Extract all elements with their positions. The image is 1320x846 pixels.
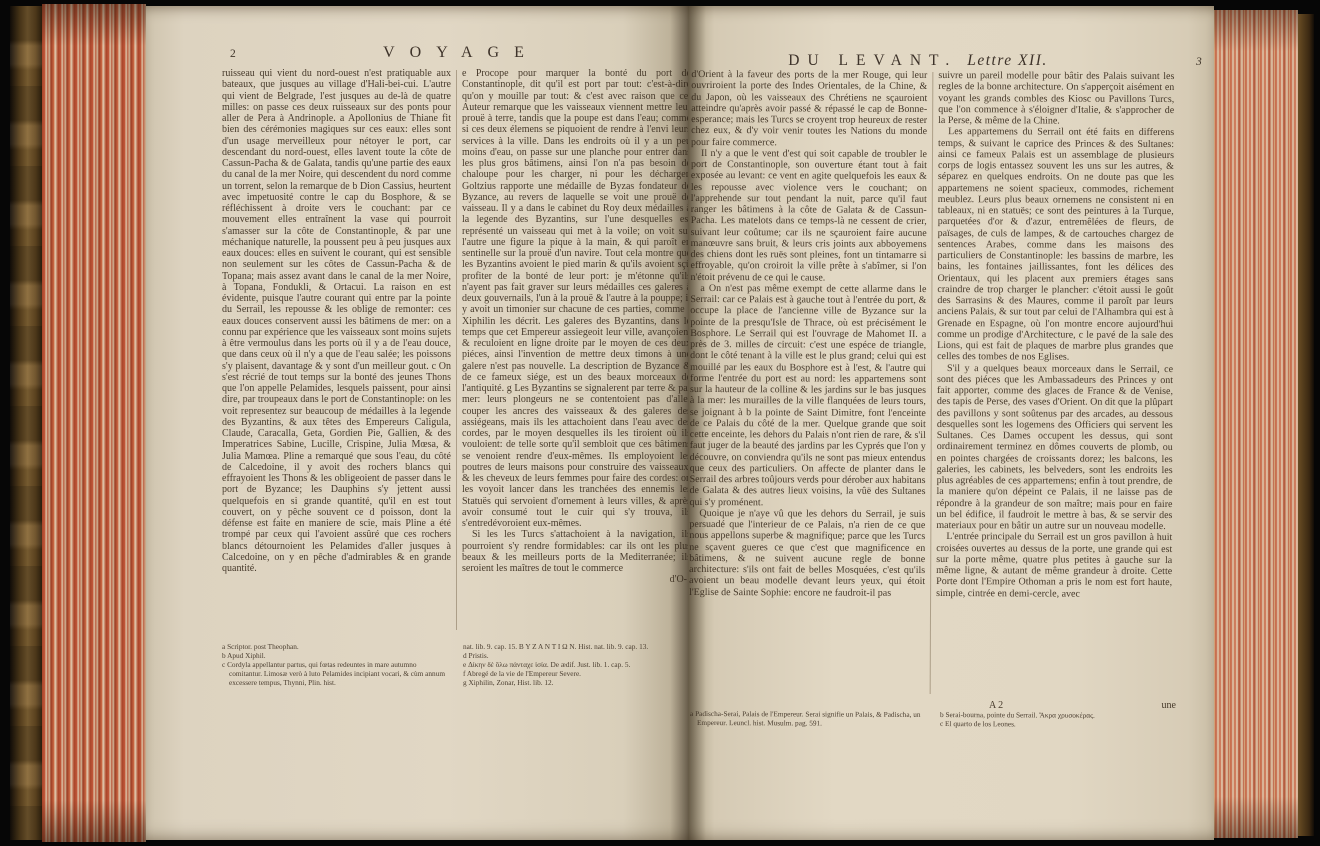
footnote: d Pristis. xyxy=(463,651,692,660)
left-page-text-block: ruisseau qui vient du nord-ouest n'est p… xyxy=(222,68,692,636)
catchword: une xyxy=(1162,700,1176,711)
left-running-title: VOYAGE xyxy=(236,44,686,62)
paragraph: Quoique je n'aye vû que les dehors du Se… xyxy=(689,508,925,599)
paragraph: L'entrée principale du Serrail est un gr… xyxy=(936,531,1172,600)
footnote: e Δίκην δὲ ὅλω πάνταχε ἱσία. De ædif. Ju… xyxy=(463,660,692,669)
right-page-column-2: suivre un pareil modelle pour bâtir des … xyxy=(936,70,1175,701)
right-page-number: 3 xyxy=(1196,56,1202,68)
left-page-number: 2 xyxy=(230,48,236,60)
paragraph: Il n'y a que le vent d'est qui soit capa… xyxy=(690,148,927,284)
right-cover-edge xyxy=(1298,14,1314,836)
right-running-title-main: DU LEVANT. xyxy=(788,52,957,69)
paragraph: Les appartemens du Serrail ont été faits… xyxy=(937,126,1174,363)
right-page-footnotes: a Padischa-Serai, Palais de l'Empereur. … xyxy=(690,709,1176,729)
left-page-column-2: e Procope pour marquer la bonté du port … xyxy=(462,68,691,636)
right-page: DU LEVANT.Lettre XII. 3 d'Orient à la fa… xyxy=(688,6,1214,840)
footnote: nat. lib. 9. cap. 15. Β Υ Ζ Α Ν Τ Ι Ω Ν.… xyxy=(463,642,692,651)
book-photo: 2 VOYAGE ruisseau qui vient du nord-oues… xyxy=(0,0,1320,846)
paragraph: d'Orient à la faveur des ports de la mer… xyxy=(691,69,927,149)
right-page-text-block: d'Orient à la faveur des ports de la mer… xyxy=(689,69,1178,701)
paragraph: S'il y a quelques beaux morceaux dans le… xyxy=(936,363,1173,533)
footnote-column-2: b Serai-bourna, pointe du Serrail. Ἄκρα … xyxy=(940,710,1176,729)
left-page-column-1: ruisseau qui vient du nord-ouest n'est p… xyxy=(222,68,451,636)
paragraph: suivre un pareil modelle pour bâtir des … xyxy=(938,70,1174,127)
catchword: d'O- xyxy=(462,574,691,585)
paragraph: a On n'est pas même exempt de cette alla… xyxy=(689,283,926,509)
footnote-column-2: nat. lib. 9. cap. 15. Β Υ Ζ Α Ν Τ Ι Ω Ν.… xyxy=(463,642,692,687)
paragraph: Si les les Turcs s'attachoient à la navi… xyxy=(462,529,691,574)
footnote: g Xiphilin, Zonar, Hist. lib. 12. xyxy=(463,678,692,687)
left-fore-edge-pages xyxy=(42,4,146,842)
right-page-column-1: d'Orient à la faveur des ports de la mer… xyxy=(689,69,928,700)
left-page: 2 VOYAGE ruisseau qui vient du nord-oues… xyxy=(146,6,688,840)
footnote: c Cordyla appellantur partus, qui fœtas … xyxy=(222,660,451,687)
paragraph: e Procope pour marquer la bonté du port … xyxy=(462,68,691,529)
footnote: b Apud Xiphil. xyxy=(222,651,451,660)
footnote: a Padischa-Serai, Palais de l'Empereur. … xyxy=(690,709,926,728)
column-divider-rule xyxy=(930,72,934,694)
footnote-column-1: a Padischa-Serai, Palais de l'Empereur. … xyxy=(690,709,926,728)
footnote: c El quarto de los Leones. xyxy=(940,719,1176,729)
paragraph: ruisseau qui vient du nord-ouest n'est p… xyxy=(222,68,451,574)
right-running-title-letter: Lettre XII. xyxy=(967,52,1048,69)
footnote: f Abregé de la vie de l'Empereur Severe. xyxy=(463,669,692,678)
left-page-footnotes: a Scriptor. post Theophan. b Apud Xiphil… xyxy=(222,642,692,687)
left-cover-edge xyxy=(10,6,42,840)
footnote-column-1: a Scriptor. post Theophan. b Apud Xiphil… xyxy=(222,642,451,687)
right-running-title: DU LEVANT.Lettre XII. xyxy=(698,52,1138,70)
column-divider-rule xyxy=(456,70,457,630)
footnote: a Scriptor. post Theophan. xyxy=(222,642,451,651)
right-fore-edge-pages xyxy=(1214,10,1298,838)
